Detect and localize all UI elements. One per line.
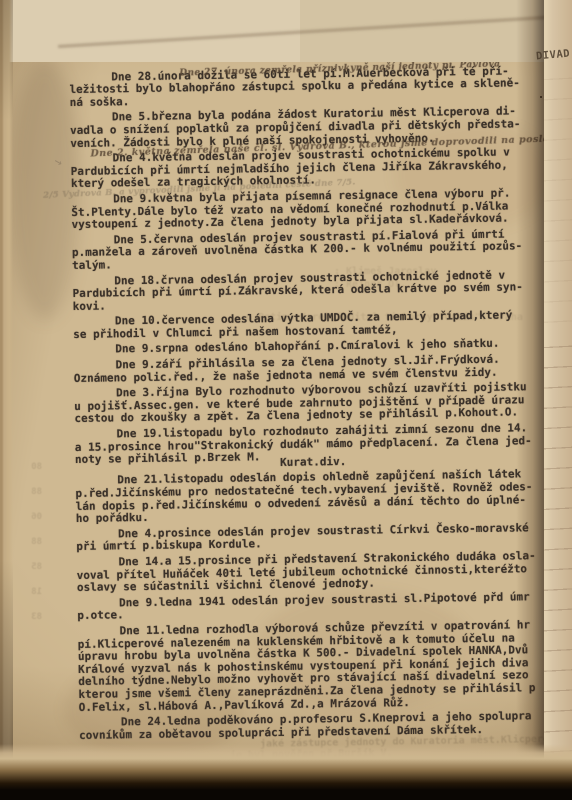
left-edge-shading [0,0,13,800]
table-surface-shadow [0,744,572,800]
typed-paragraph: Dne 11.ledna rozhodla výborová schůze př… [77,619,546,714]
main-page: : Klimeš Jaroslav : Rejnar Ol. o.Petina … [4,0,546,774]
document-photo: : Klimeš Jaroslav : Rejnar Ol. o.Petina … [0,0,572,800]
typed-paragraph: Dne 3.října Bylo rozhodnuto výborovou sc… [74,381,546,426]
typed-paragraph: Dne 14.a 15.prosince při představení Str… [76,550,546,595]
ruled-lines [544,328,572,764]
ruled-lines-faint [544,60,572,328]
typed-paragraph: Dne 18.črvna odeslán projev soustrasti o… [72,268,546,313]
typed-paragraph: Dne 21.listopadu odeslán dopis ohledně z… [75,468,546,525]
typed-paragraph: Dne 24.ledna poděkováno p.profesoru S.Kn… [79,710,546,742]
underlying-page-corner [0,0,300,62]
typed-text: Dne 26.února bylo blahopřáno ku sňatku p… [69,45,546,745]
page-gap-shadow [516,0,546,778]
margin-bleed-numbers: 80 88 06 88 85 18 83 [18,455,42,630]
typed-paragraph: Dne 5.června odeslán projev soustrasti p… [72,228,546,273]
